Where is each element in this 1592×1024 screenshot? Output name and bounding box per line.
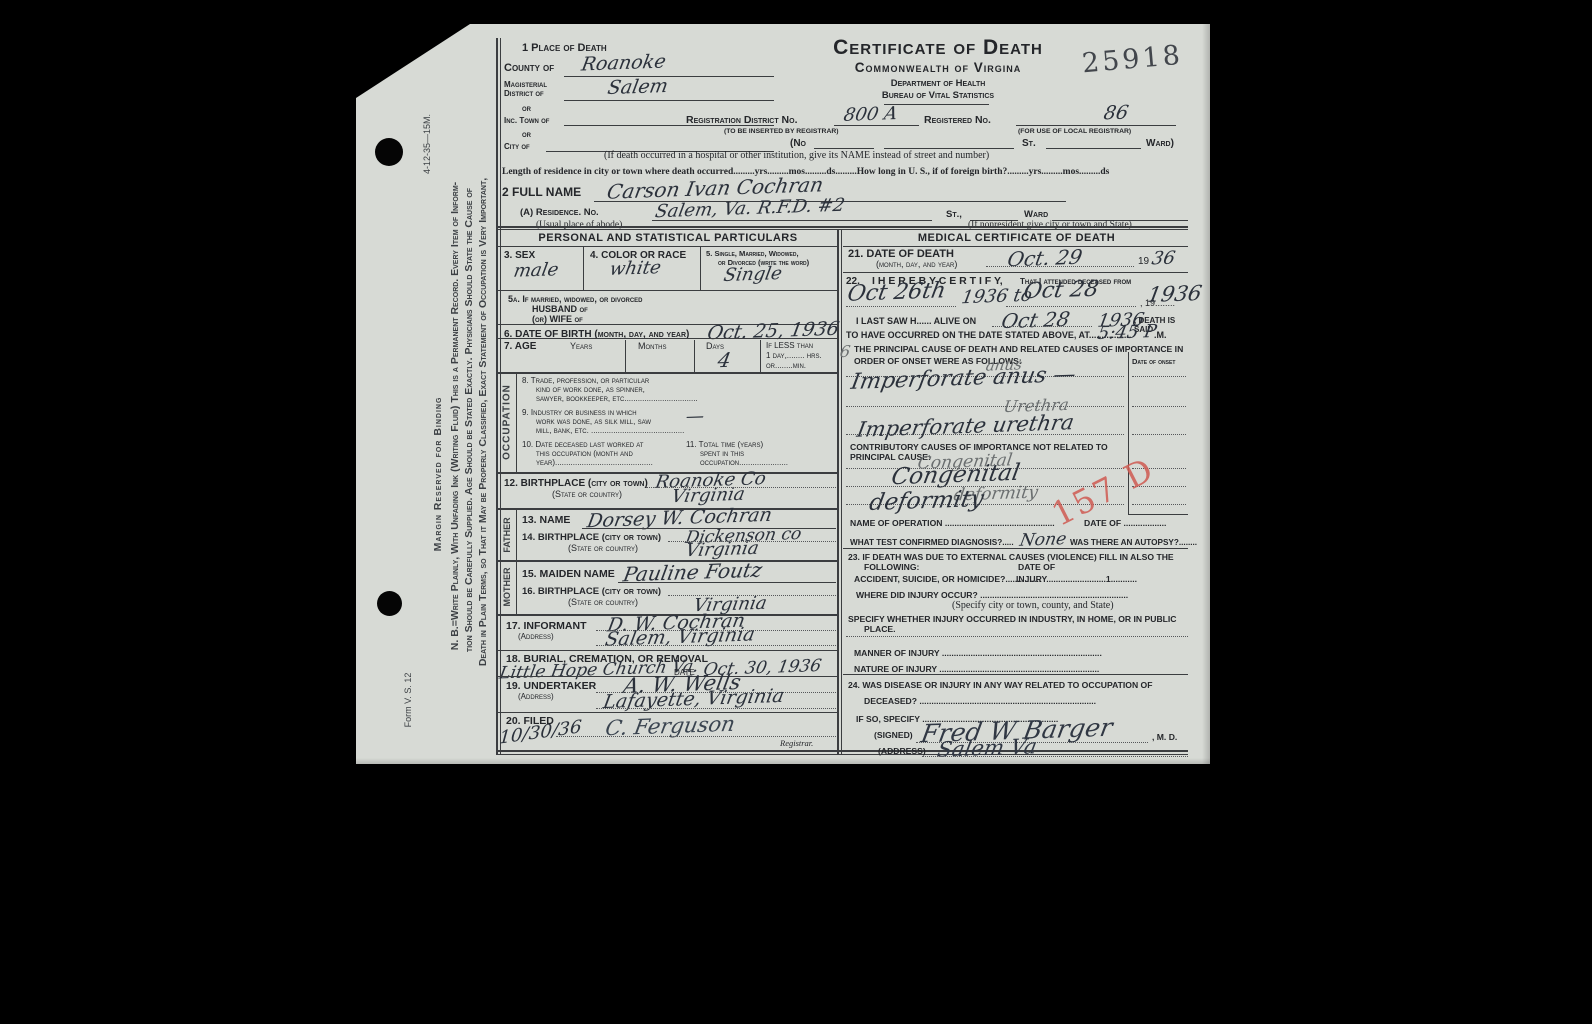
pencil-six-mark: 6 [839, 342, 852, 361]
attended-from-dotted [846, 306, 956, 307]
lastsaw-dotted [992, 326, 1092, 327]
q11-line1: 11. Total time (years) [686, 440, 763, 449]
cause-dotted-2b [1132, 406, 1186, 407]
sex-value: male [512, 259, 560, 282]
bp12-dotted [646, 487, 836, 488]
informant-rule [496, 650, 837, 651]
informant-label: 17. INFORMANT [506, 620, 587, 632]
bp14-dotted [668, 541, 836, 542]
dod-year-print: 19 [1138, 256, 1149, 267]
certificate-number: 25918 [1081, 40, 1184, 80]
commonwealth-subtitle: Commonwealth of Virgina [788, 60, 1088, 75]
q5a-wife: (or) WIFE of [532, 314, 583, 324]
margin-nb-line3: Death in Plain Terms, so That it May be … [477, 178, 489, 666]
residence-label: (A) Residence. No. [520, 207, 599, 218]
punch-hole-top [375, 138, 403, 166]
cause-entry-1: Imperforate anus — [849, 362, 1078, 395]
bp12-label: 12. BIRTHPLACE (city or town) [504, 478, 648, 489]
inc-town-label: Inc. Town of [504, 116, 549, 125]
signed-label: (SIGNED) [874, 730, 913, 740]
county-label: County of [504, 62, 554, 74]
registrar-label: Registrar. [780, 738, 813, 748]
age-less-2: 1 day,........ hrs. [766, 351, 822, 360]
father-divider [516, 508, 517, 560]
age-less-3: or........min. [766, 361, 806, 370]
margin-nb-line2: tion Should be Carefully Supplied. Age S… [463, 188, 475, 652]
contrib-label-1: CONTRIBUTORY CAUSES OF IMPORTANCE NOT RE… [850, 442, 1108, 452]
form-border-left [496, 38, 498, 755]
margin-nb-line1: N. B.=Write Plainly, With Unfading Ink (… [449, 182, 461, 650]
or-label-1: or [522, 104, 531, 113]
age-years-label: Years [570, 341, 592, 351]
registrar-insert-note: (TO BE INSERTED BY REGISTRAR) [724, 128, 839, 135]
where-injury-label: WHERE DID INJURY OCCUR? ................… [856, 590, 1128, 600]
occupation-side-label: OCCUPATION [502, 384, 513, 460]
q9-line2: work was done, as silk mill, saw [536, 417, 651, 426]
residence-length-line: Length of residence in city or town wher… [502, 167, 1190, 177]
registration-district-value: 800 A [842, 103, 899, 126]
race-value: white [608, 257, 663, 280]
cause-entry-2: Imperforate urethra [855, 410, 1076, 441]
dob-rule [496, 338, 837, 339]
punch-hole-bottom [377, 591, 402, 616]
q9-line3: mill, bank, etc. .......................… [536, 426, 684, 435]
q8-line2: kind of work done, as spinner, [536, 385, 645, 394]
age-less-1: If LESS than [766, 341, 813, 350]
cause-dotted-1b [1132, 376, 1186, 377]
death-certificate-document: 4-12-35—15M. N. B.=Write Plainly, With U… [356, 24, 1210, 764]
street-no-line [814, 148, 874, 149]
dod-dotted [986, 266, 1134, 267]
street-no-label: (No [790, 138, 806, 149]
ink-blot [408, 24, 424, 46]
residence-ward-label: Ward [1024, 209, 1048, 220]
margin-binding-note: Margin Reserved for Binding [432, 397, 444, 552]
column-divider-inner [841, 229, 842, 755]
q23-rule [843, 548, 1188, 549]
q10-line1: 10. Date deceased last worked at [522, 440, 643, 449]
age-divider-3 [760, 340, 761, 372]
registered-no-value: 86 [1102, 102, 1130, 125]
mother-side-label: MOTHER [502, 568, 512, 607]
informant-addr-dotted [596, 645, 836, 646]
manner-label: MANNER OF INJURY .......................… [854, 648, 1102, 658]
attended-to-year-value: 1936 [1146, 281, 1204, 307]
q23-label-2: FOLLOWING: [864, 562, 919, 572]
md-label: , M. D. [1152, 732, 1177, 742]
registered-no-line [1016, 125, 1176, 126]
undertaker-addr-dotted [596, 708, 836, 709]
test-label: WHAT TEST CONFIRMED DIAGNOSIS?..... [850, 538, 1014, 547]
time-value: 5:45 P [1096, 321, 1158, 344]
county-value: Roanoke [580, 51, 668, 76]
cause-dotted-3b [1132, 434, 1186, 435]
sex-race-divider [583, 246, 584, 290]
bp16-label: 16. BIRTHPLACE (city or town) [522, 586, 661, 597]
q5a-husband: HUSBAND of [532, 304, 588, 314]
maiden15-line [618, 582, 836, 583]
column-divider [837, 229, 839, 755]
age-days-value: 4 [716, 348, 733, 372]
bp14-label: 14. BIRTHPLACE (city or town) [522, 532, 661, 543]
city-label: City of [504, 142, 530, 151]
name13-label: 13. NAME [522, 514, 570, 526]
lastsaw-label: I LAST SAW H...... ALIVE ON [856, 316, 976, 326]
autopsy-label: WAS THERE AN AUTOPSY?........ [1070, 538, 1197, 547]
sex-row-rule [496, 290, 837, 291]
filed-dotted [556, 736, 836, 737]
magisterial-label1: Magisterial [504, 80, 547, 89]
bp12-state-label: (State or country) [552, 489, 622, 499]
nature-label: NATURE OF INJURY .......................… [854, 664, 1099, 674]
sig-address-dotted [922, 756, 1188, 757]
bp14-state-label: (State or country) [568, 543, 638, 553]
informant-addr-label: (Address) [518, 632, 554, 641]
meridian-label: .M. [1154, 330, 1167, 340]
injury-label: INJURY.........................1........… [1016, 574, 1137, 584]
margin-print-code: 4-12-35—15M. [422, 114, 432, 174]
form-border-bottom-inner [496, 754, 1188, 755]
district-line [564, 100, 774, 101]
attended-to-value: Oct 28 [1022, 277, 1101, 305]
registration-district-label: Registration District No. [686, 114, 797, 126]
personal-section-title: PERSONAL AND STATISTICAL PARTICULARS [502, 232, 834, 244]
undertaker-label: 19. UNDERTAKER [506, 680, 596, 692]
sig-address-label: (ADDRESS) [878, 746, 926, 756]
hospital-note: (If death occurred in a hospital or othe… [604, 150, 989, 161]
department-line: Department of Health [788, 78, 1088, 89]
dod-rule [843, 272, 1188, 273]
where-injury-note: (Specify city or town, county, and State… [952, 600, 1114, 611]
mother-divider [516, 560, 517, 614]
q24-label-2: DECEASED? ..............................… [864, 696, 1096, 706]
bureau-underline [884, 104, 989, 105]
age-divider-2 [694, 340, 695, 372]
q8-line1: 8. Trade, profession, or particular [522, 376, 649, 385]
q11-line3: occupation...................... [700, 458, 788, 467]
undertaker-addr-label: (Address) [518, 692, 554, 701]
bureau-line: Bureau of Vital Statistics [788, 90, 1088, 101]
district-value: Salem [606, 75, 670, 99]
or-label-2: or [522, 130, 531, 139]
marital-value: Single [722, 263, 784, 286]
occurred-label: TO HAVE OCCURRED ON THE DATE STATED ABOV… [846, 330, 1131, 340]
registration-district-line [834, 125, 919, 126]
operation-label: NAME OF OPERATION ......................… [850, 518, 1055, 528]
q11-line2: spent in this [700, 449, 744, 458]
fullname-label: 2 FULL NAME [502, 185, 581, 199]
q8-line3: sawyer, bookkeeper, etc.................… [536, 394, 698, 403]
margin-form-code: Form V. S. 12 [403, 673, 413, 728]
personal-title-rule [496, 246, 837, 247]
accident-label: ACCIDENT, SUICIDE, OR HOMICIDE?.........… [854, 574, 1041, 584]
operation-date-label: DATE OF .................. [1084, 518, 1166, 528]
father-side-label: FATHER [502, 517, 512, 552]
cause-dotted-2 [846, 406, 1124, 407]
undertaker-rule [496, 712, 837, 713]
q9-line1: 9. Industry or business in which [522, 408, 637, 417]
age-label: 7. AGE [504, 341, 536, 352]
race-marital-divider [700, 246, 701, 290]
sig-address-value: Salem Va [936, 734, 1039, 761]
q10-line3: year)...................................… [536, 458, 653, 467]
age-rule [496, 372, 837, 374]
magisterial-label2: District of [504, 89, 544, 98]
deformity-ink-entry: deformity [867, 486, 985, 516]
street-st-line [1046, 148, 1141, 149]
occupation-divider [516, 372, 517, 472]
header-rule-inner [496, 229, 1188, 230]
age-divider-1 [625, 340, 626, 372]
q23-dateof-label: DATE OF [1018, 562, 1055, 572]
street-st-label: St. [1022, 138, 1036, 149]
form-border-bottom [496, 750, 1188, 752]
dod-year-value: 36 [1150, 248, 1177, 270]
header-rule [496, 226, 1188, 228]
local-registrar-note: (FOR USE OF LOCAL REGISTRAR) [1018, 128, 1131, 135]
q9-dash-value: — [684, 406, 706, 428]
q24-label-1: 24. WAS DISEASE OR INJURY IN ANY WAY REL… [848, 680, 1153, 690]
contrib-dotted-3b [1132, 504, 1186, 505]
bp16-state-label: (State or country) [568, 597, 638, 607]
q24-rule [843, 674, 1188, 675]
street-ward-label: Ward) [1146, 138, 1174, 149]
street-name-line [884, 148, 1014, 149]
specify-label-2: PLACE. [864, 624, 896, 634]
principal-cause-line1: THE PRINCIPAL CAUSE OF DEATH AND RELATED… [854, 344, 1183, 354]
informant-addr-value: Salem, Virginia [604, 623, 757, 650]
specify-label-1: SPECIFY WHETHER INJURY OCCURRED IN INDUS… [848, 614, 1177, 624]
certificate-title: Certificate of Death [788, 36, 1088, 60]
onset-box-label: Date of onset [1132, 357, 1175, 366]
residence-st-label: St., [946, 209, 962, 220]
dod-sub-label: (month, day, and year) [876, 259, 957, 269]
marital-label-1: 5. Single, Married, Widowed, [706, 249, 799, 258]
medical-section-title: MEDICAL CERTIFICATE OF DEATH [845, 232, 1188, 244]
registered-no-label: Registered No. [924, 114, 991, 126]
dod-value: Oct. 29 [1006, 245, 1085, 272]
q5a-label: 5a. If married, widowed, or divorced [508, 294, 643, 304]
q23-label-1: 23. IF DEATH WAS DUE TO EXTERNAL CAUSES … [848, 552, 1174, 562]
q10-line2: this occupation (month and [536, 449, 633, 458]
maiden15-label: 15. MAIDEN NAME [522, 568, 615, 580]
residence-line [652, 220, 932, 221]
onset-box-bottom [1128, 514, 1188, 515]
specify-dotted [846, 636, 1188, 637]
attended-from-value: Oct 26th [845, 278, 947, 306]
age-months-label: Months [638, 341, 667, 351]
